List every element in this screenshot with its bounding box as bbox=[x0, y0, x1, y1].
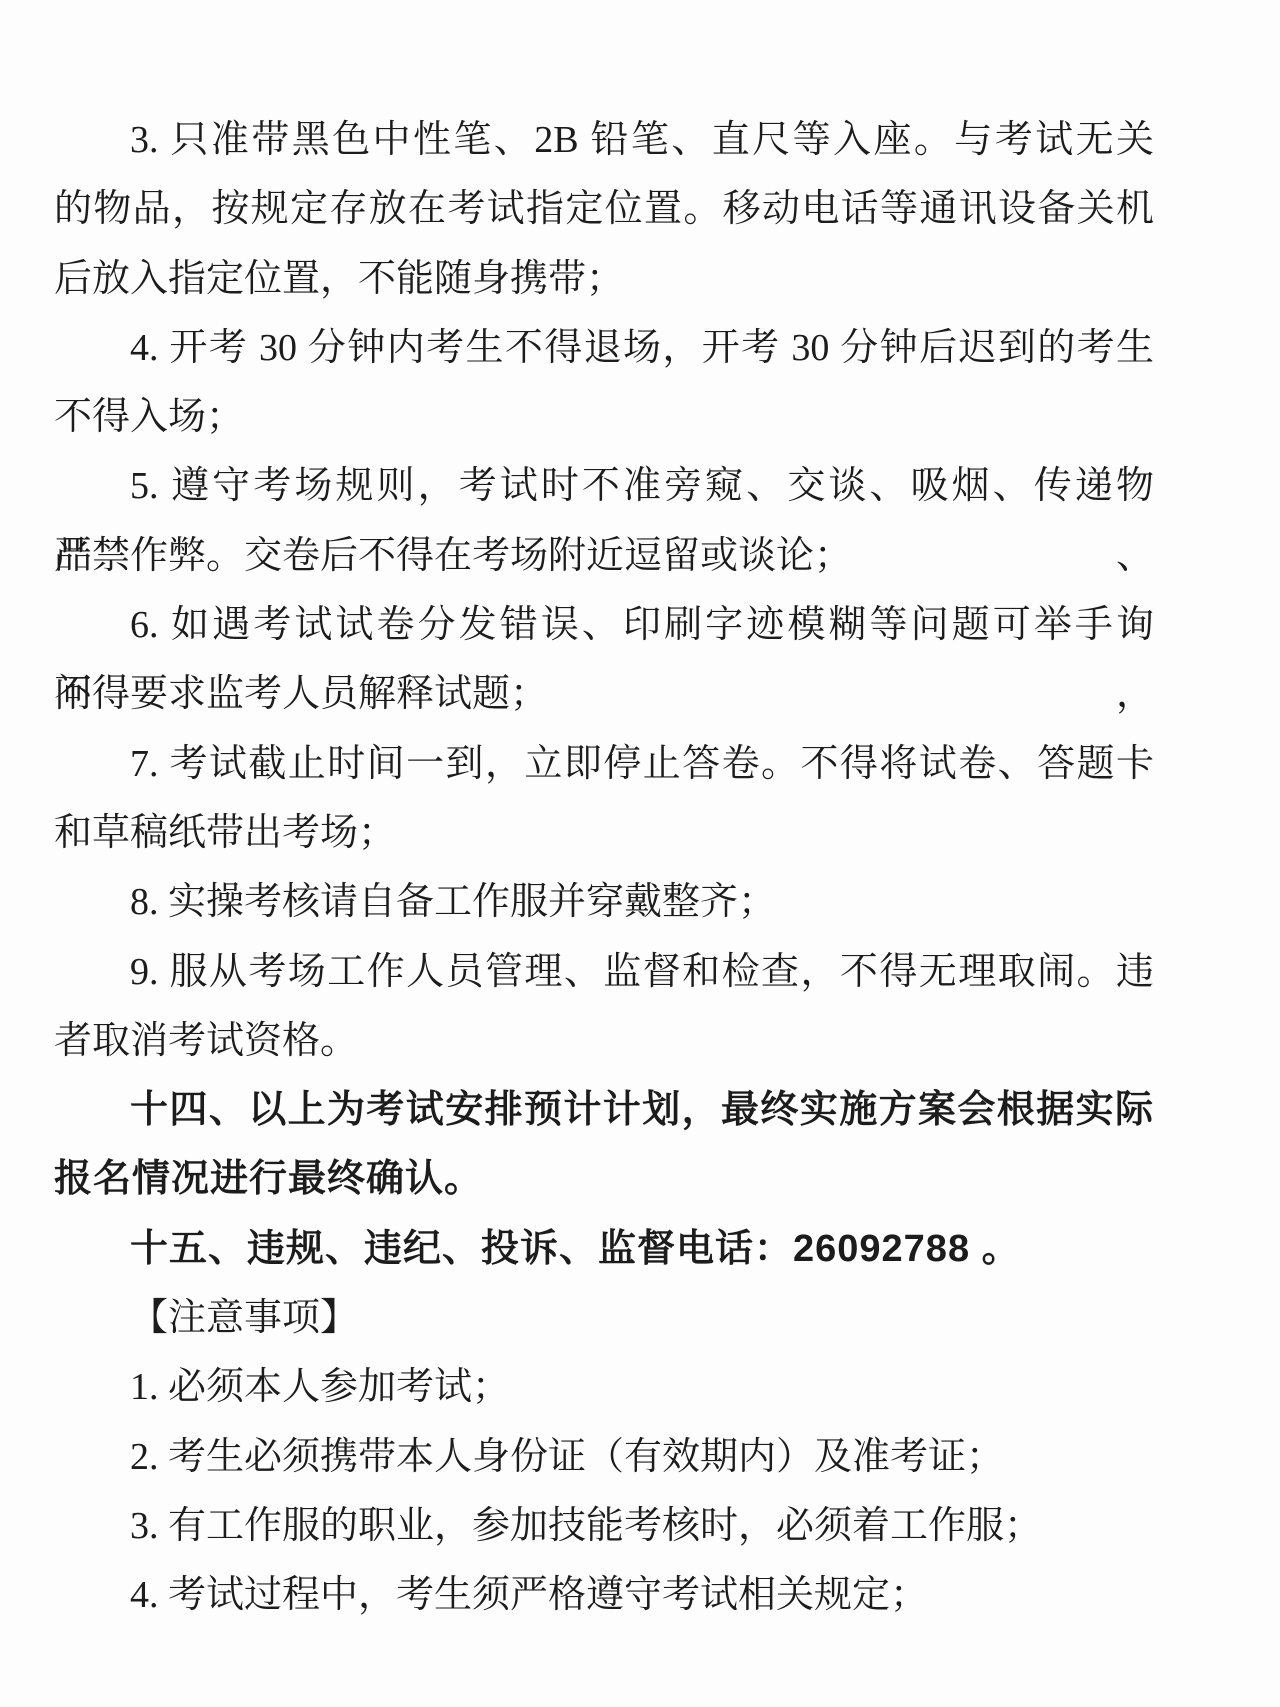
rule-3-line-2: 的物品，按规定存放在考试指定位置。移动电话等通讯设备关机 bbox=[54, 175, 1154, 244]
rule-9-line-1: 9. 服从考场工作人员管理、监督和检查，不得无理取闹。违 bbox=[54, 938, 1154, 1007]
rule-7-line-2: 和草稿纸带出考场； bbox=[54, 799, 1154, 868]
note-1: 1. 必须本人参加考试； bbox=[54, 1353, 1154, 1422]
rule-4-line-1: 4. 开考 30 分钟内考生不得退场，开考 30 分钟后迟到的考生 bbox=[54, 314, 1154, 383]
section-14-line-2: 报名情况进行最终确认。 bbox=[54, 1145, 1154, 1214]
rule-3-line-1: 3. 只准带黑色中性笔、2B 铅笔、直尺等入座。与考试无关 bbox=[54, 106, 1154, 175]
section-14-line-1: 十四、以上为考试安排预计计划，最终实施方案会根据实际 bbox=[54, 1076, 1154, 1145]
note-2: 2. 考生必须携带本人身份证（有效期内）及准考证； bbox=[54, 1423, 1154, 1492]
rule-8-line-1: 8. 实操考核请自备工作服并穿戴整齐； bbox=[54, 868, 1154, 937]
document-body: 3. 只准带黑色中性笔、2B 铅笔、直尺等入座。与考试无关的物品，按规定存放在考… bbox=[54, 106, 1154, 1631]
scanned-document-page: 3. 只准带黑色中性笔、2B 铅笔、直尺等入座。与考试无关的物品，按规定存放在考… bbox=[0, 0, 1280, 1707]
section-15-line-1: 十五、违规、违纪、投诉、监督电话：26092788 。 bbox=[54, 1215, 1154, 1284]
rule-3-line-3: 后放入指定位置，不能随身携带； bbox=[54, 245, 1154, 314]
note-4: 4. 考试过程中，考生须严格遵守考试相关规定； bbox=[54, 1561, 1154, 1630]
rule-9-line-2: 者取消考试资格。 bbox=[54, 1007, 1154, 1076]
rule-4-line-2: 不得入场； bbox=[54, 383, 1154, 452]
rule-7-line-1: 7. 考试截止时间一到，立即停止答卷。不得将试卷、答题卡 bbox=[54, 730, 1154, 799]
note-3: 3. 有工作服的职业，参加技能考核时，必须着工作服； bbox=[54, 1492, 1154, 1561]
rule-6-line-1: 6. 如遇考试试卷分发错误、印刷字迹模糊等问题可举手询问， bbox=[54, 591, 1154, 660]
rule-5-line-1: 5. 遵守考场规则，考试时不准旁窥、交谈、吸烟、传递物品、 bbox=[54, 452, 1154, 521]
notes-heading: 【注意事项】 bbox=[54, 1284, 1154, 1353]
